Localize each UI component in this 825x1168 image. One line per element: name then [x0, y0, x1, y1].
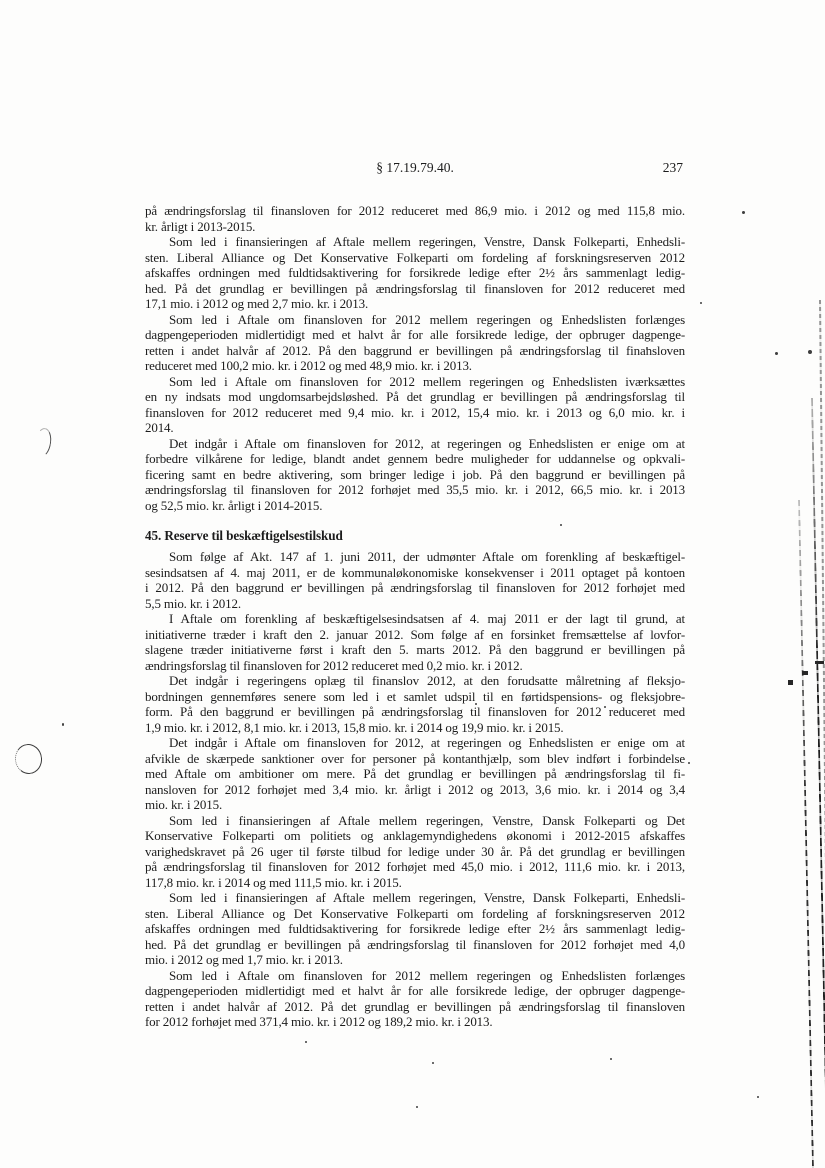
scan-speck — [305, 1041, 307, 1043]
text-line: bordningen gennemføres senere som led i … — [145, 689, 685, 705]
scan-speck — [808, 350, 812, 354]
scan-speck — [646, 347, 648, 349]
text-line: 1,9 mio. kr. i 2012, 8,1 mio. kr. i 2013… — [145, 720, 685, 736]
body-paragraph: Som led i Aftale om finansloven for 2012… — [145, 374, 685, 436]
text-line: slagene træder initiativerne først i kra… — [145, 642, 685, 658]
body-paragraph: Som led i finansieringen af Aftale melle… — [145, 234, 685, 312]
scan-smudge — [802, 671, 808, 675]
body-paragraph: Som led i Aftale om finansloven for 2012… — [145, 968, 685, 1030]
text-line: Det indgår i regeringens oplæg til finan… — [145, 673, 685, 689]
body-paragraph: Som led i finansieringen af Aftale melle… — [145, 813, 685, 891]
text-line: kr. årligt i 2013-2015. — [145, 219, 685, 235]
scan-speck — [610, 1058, 612, 1060]
section-heading: 45. Reserve til beskæftigelsestilskud — [145, 528, 685, 544]
text-line: på ændringsforslag til finansloven for 2… — [145, 859, 685, 875]
page-header: § 17.19.79.40. 237 — [145, 160, 685, 178]
body-paragraph: I Aftale om forenkling af beskæftigelses… — [145, 611, 685, 673]
scan-smudge — [815, 661, 824, 664]
text-line: afvikle de skærpede sanktioner over for … — [145, 751, 685, 767]
text-line: med Aftale om ambitioner om mere. På det… — [145, 766, 685, 782]
text-line: Det indgår i Aftale om finansloven for 2… — [145, 436, 685, 452]
text-line: ændringsforslag til finansloven for 2012… — [145, 482, 685, 498]
body-paragraph: Som led i Aftale om finansloven for 2012… — [145, 312, 685, 374]
text-line: Det indgår i Aftale om finansloven for 2… — [145, 735, 685, 751]
text-line: og 52,5 mio. kr. årligt i 2014-2015. — [145, 498, 685, 514]
text-line: Som led i finansieringen af Aftale melle… — [145, 890, 685, 906]
scan-speck — [62, 723, 64, 726]
scan-speck — [432, 1062, 434, 1064]
scan-speck — [700, 302, 702, 304]
text-line: Konservative Folkeparti om politiets og … — [145, 828, 685, 844]
text-line: afskaffes ordningen med fuldtidsaktiveri… — [145, 921, 685, 937]
text-line: dagpengeperioden midlertidigt med et hal… — [145, 327, 685, 343]
text-line: reduceret med 100,2 mio. kr. i 2012 og m… — [145, 358, 685, 374]
page-number: 237 — [663, 160, 683, 176]
scan-speck — [757, 1096, 759, 1098]
text-line: Som led i Aftale om finansloven for 2012… — [145, 968, 685, 984]
document-page: § 17.19.79.40. 237 på ændringsforslag ti… — [0, 0, 825, 1168]
scan-speck — [604, 706, 606, 708]
scan-speck — [416, 1106, 418, 1108]
text-line: forbedre vilkårene for ledige, blandt an… — [145, 451, 685, 467]
body-paragraph: på ændringsforslag til finansloven for 2… — [145, 203, 685, 234]
text-line: Som led i finansieringen af Aftale melle… — [145, 234, 685, 250]
text-line: Som led i finansieringen af Aftale melle… — [145, 813, 685, 829]
text-line: for 2012 forhøjet med 371,4 mio. kr. i 2… — [145, 1014, 685, 1030]
body-paragraph: Det indgår i Aftale om finansloven for 2… — [145, 436, 685, 514]
text-line: 2014. — [145, 420, 685, 436]
text-line: ficering samt en bedre aktivering, som b… — [145, 467, 685, 483]
scan-speck — [688, 762, 690, 764]
document-body: på ændringsforslag til finansloven for 2… — [145, 203, 685, 1030]
text-line: retten i andet halvår af 2012. På den ba… — [145, 343, 685, 359]
body-paragraph: Som følge af Akt. 147 af 1. juni 2011, d… — [145, 549, 685, 611]
scan-speck — [742, 211, 745, 214]
text-line: en ny indsats mod ungdomsarbejdsløshed. … — [145, 389, 685, 405]
text-line: hed. På det grundlag er bevillingen på æ… — [145, 937, 685, 953]
text-line: på ændringsforslag til finansloven for 2… — [145, 203, 685, 219]
body-paragraph: Det indgår i regeringens oplæg til finan… — [145, 673, 685, 735]
margin-circle-mark — [13, 742, 43, 775]
text-line: 5,5 mio. kr. i 2012. — [145, 596, 685, 612]
text-line: Som led i Aftale om finansloven for 2012… — [145, 374, 685, 390]
text-line: 17,1 mio. i 2012 og med 2,7 mio. kr. i 2… — [145, 296, 685, 312]
text-line: nansloven for 2012 forhøjet med 3,4 mio.… — [145, 782, 685, 798]
text-line: ændringsforslag til finansloven for 2012… — [145, 658, 685, 674]
scan-speck — [560, 524, 562, 526]
text-line: finansloven for 2012 reduceret med 9,4 m… — [145, 405, 685, 421]
text-line: sten. Liberal Alliance og Det Konservati… — [145, 250, 685, 266]
text-line: varighedskravet på 26 uger til første ti… — [145, 844, 685, 860]
text-line: I Aftale om forenkling af beskæftigelses… — [145, 611, 685, 627]
text-line: Som led i Aftale om finansloven for 2012… — [145, 312, 685, 328]
text-line: retten i andet halvår af 2012. På det gr… — [145, 999, 685, 1015]
scan-smudge — [788, 680, 793, 685]
text-line: 117,8 mio. kr. i 2014 og med 111,5 mio. … — [145, 875, 685, 891]
text-line: i 2012. På den baggrund er bevillingen p… — [145, 580, 685, 596]
scan-speck — [775, 352, 778, 355]
text-line: Som følge af Akt. 147 af 1. juni 2011, d… — [145, 549, 685, 565]
body-paragraph: Som led i finansieringen af Aftale melle… — [145, 890, 685, 968]
text-line: mio. i 2012 og med 1,7 mio. kr. i 2013. — [145, 952, 685, 968]
scan-artifact-line — [798, 500, 814, 1168]
text-line: sesindsatsen af 4. maj 2011, er de kommu… — [145, 565, 685, 581]
text-line: initiativerne træder i kraft den 2. janu… — [145, 627, 685, 643]
scan-speck — [300, 585, 302, 587]
body-paragraph: Det indgår i Aftale om finansloven for 2… — [145, 735, 685, 813]
text-line: hed. På det grundlag er bevillingen på æ… — [145, 281, 685, 297]
section-number: § 17.19.79.40. — [145, 160, 685, 176]
text-line: afskaffes ordningen med fuldtidsaktiveri… — [145, 265, 685, 281]
text-line: mio. kr. i 2015. — [145, 797, 685, 813]
text-line: sten. Liberal Alliance og Det Konservati… — [145, 906, 685, 922]
scan-speck — [475, 703, 477, 705]
text-line: dagpengeperioden midlertidigt med et hal… — [145, 983, 685, 999]
margin-parenthesis-mark — [33, 427, 53, 458]
